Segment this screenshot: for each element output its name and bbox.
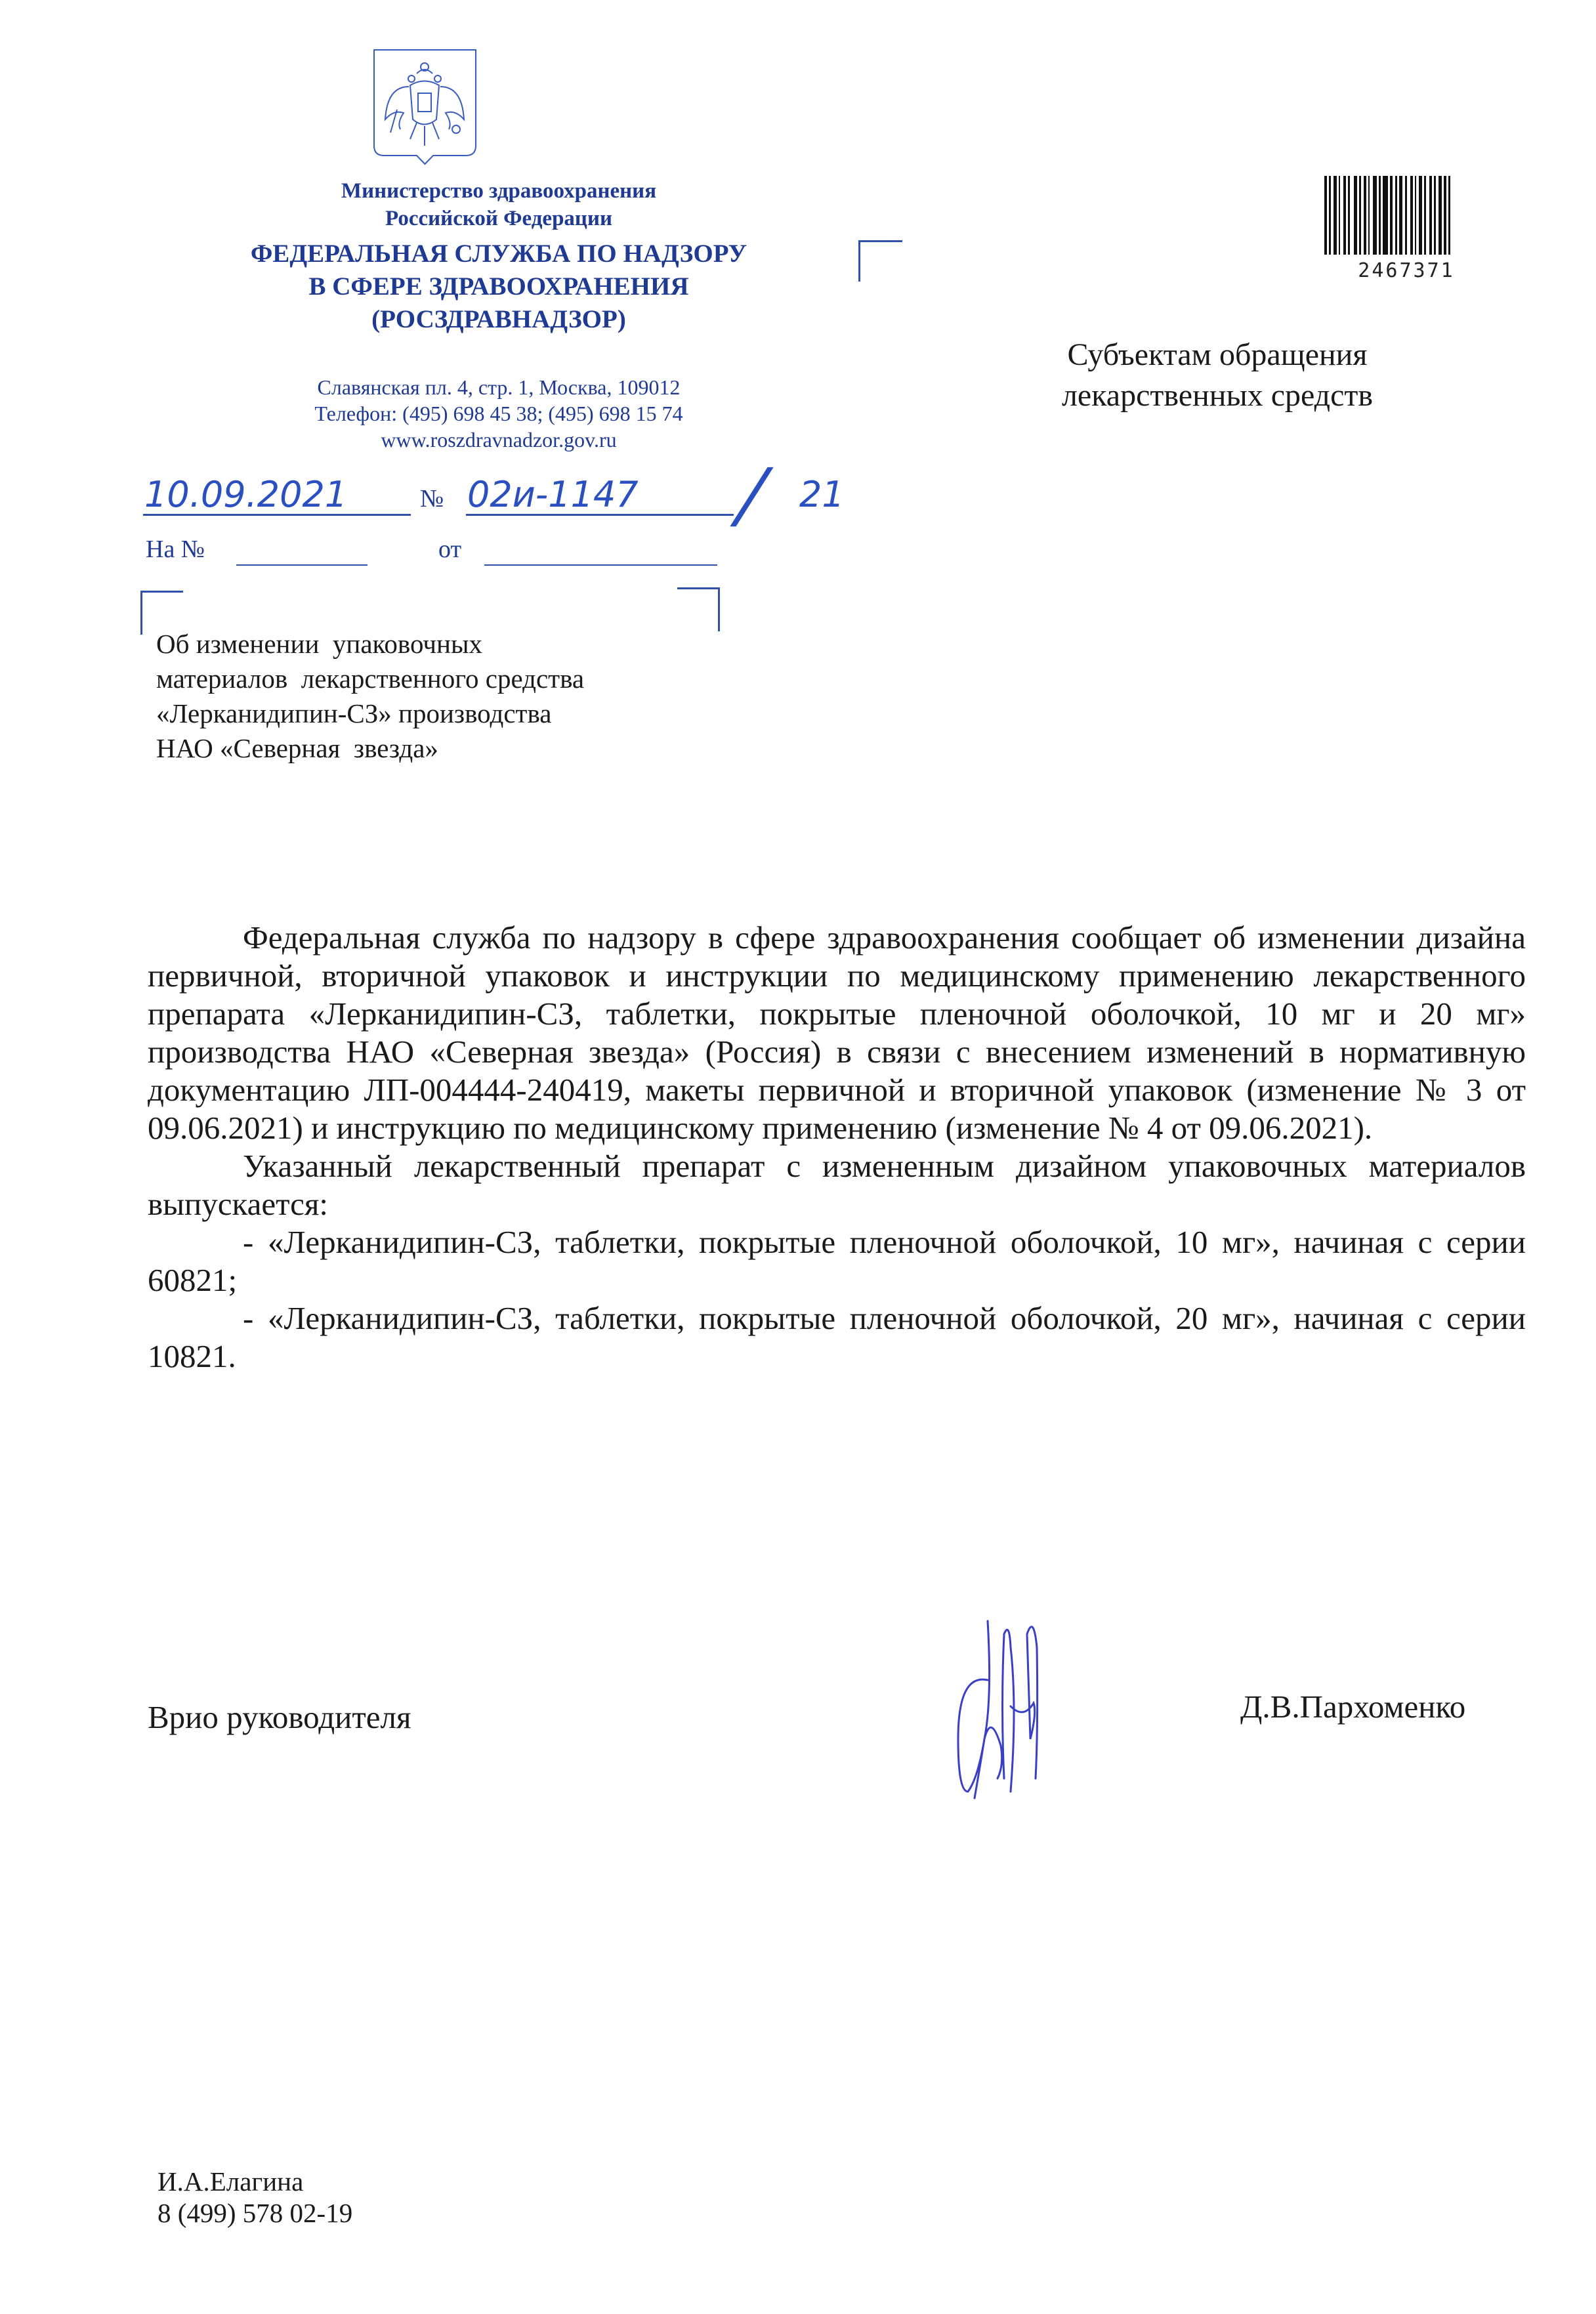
reply-to-label: На № <box>146 535 205 564</box>
russian-coat-of-arms-icon <box>371 47 479 165</box>
reply-to-date-line <box>484 564 717 566</box>
service-line-3: (РОСЗДРАВНАДЗОР) <box>131 303 866 336</box>
number-underline <box>466 514 734 516</box>
barcode <box>1324 176 1488 255</box>
contact-block: Славянская пл. 4, стр. 1, Москва, 109012… <box>131 374 866 453</box>
address: Славянская пл. 4, стр. 1, Москва, 109012 <box>131 374 866 400</box>
body-list-item-2: - «Лерканидипин-СЗ, таблетки, покрытые п… <box>148 1299 1526 1376</box>
letter-body: Федеральная служба по надзору в сфере зд… <box>148 919 1526 1376</box>
date-underline <box>143 514 411 516</box>
body-list-item-1: - «Лерканидипин-СЗ, таблетки, покрытые п… <box>148 1223 1526 1299</box>
service-line-2: В СФЕРЕ ЗДРАВООХРАНЕНИЯ <box>131 270 866 303</box>
addressee: Субъектам обращения лекарственных средст… <box>988 335 1447 416</box>
signer-name: Д.В.Пархоменко <box>1240 1688 1465 1725</box>
ministry-line-1: Министерство здравоохранения <box>131 177 866 205</box>
body-paragraph-1: Федеральная служба по надзору в сфере зд… <box>148 919 1526 1147</box>
subject-line-2: материалов лекарственного средства <box>156 662 584 696</box>
addressee-line-1: Субъектам обращения <box>988 335 1447 375</box>
registration-date: 10.09.2021 <box>144 474 347 515</box>
reply-to-number-line <box>236 564 367 566</box>
service-name: ФЕДЕРАЛЬНАЯ СЛУЖБА ПО НАДЗОРУ В СФЕРЕ ЗД… <box>131 238 866 336</box>
registration-slash: / <box>726 453 778 537</box>
barcode-number: 2467371 <box>1324 259 1488 282</box>
executor-phone: 8 (499) 578 02-19 <box>157 2197 352 2229</box>
ministry-line-2: Российской Федерации <box>131 205 866 232</box>
from-label: от <box>438 535 461 564</box>
signer-position: Врио руководителя <box>148 1698 411 1736</box>
service-line-1: ФЕДЕРАЛЬНАЯ СЛУЖБА ПО НАДЗОРУ <box>131 238 866 270</box>
executor-name: И.А.Елагина <box>157 2166 352 2197</box>
handwritten-signature <box>919 1608 1129 1844</box>
registration-number: 02и-1147 <box>467 474 639 515</box>
subject-line-1: Об изменении упаковочных <box>156 627 584 662</box>
registration-year: 21 <box>799 474 845 515</box>
website-link[interactable]: www.roszdravnadzor.gov.ru <box>131 427 866 453</box>
subject-line-3: «Лерканидипин-СЗ» производства <box>156 696 584 731</box>
executor-block: И.А.Елагина 8 (499) 578 02-19 <box>157 2166 352 2229</box>
subject-corner-right <box>677 587 720 631</box>
phone: Телефон: (495) 698 45 38; (495) 698 15 7… <box>131 400 866 427</box>
addressee-corner-mark <box>858 240 902 282</box>
subject-line-4: НАО «Северная звезда» <box>156 731 584 766</box>
subject: Об изменении упаковочных материалов лека… <box>156 627 584 766</box>
number-sign: № <box>420 484 444 513</box>
addressee-line-2: лекарственных средств <box>988 375 1447 416</box>
ministry-name: Министерство здравоохранения Российской … <box>131 177 866 232</box>
body-paragraph-2: Указанный лекарственный препарат с измен… <box>148 1147 1526 1223</box>
